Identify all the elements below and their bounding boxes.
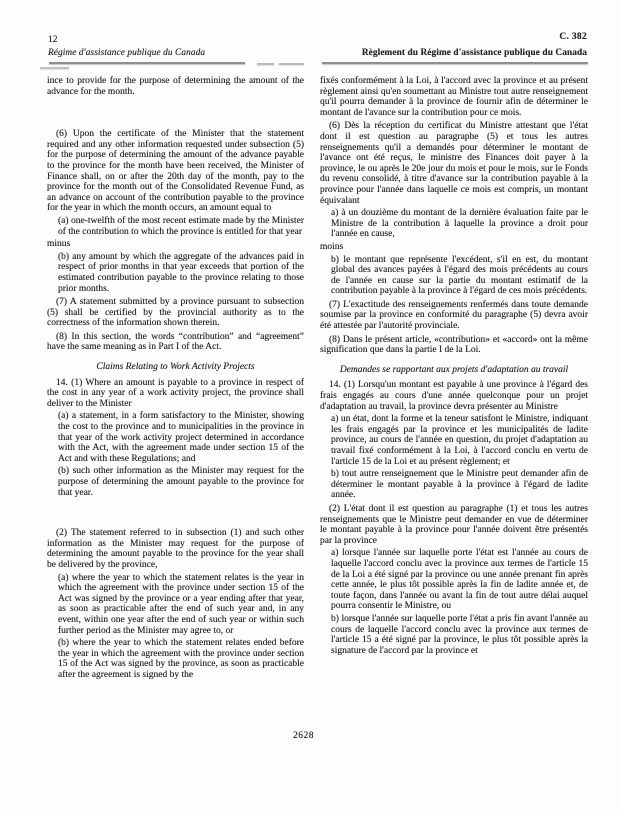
header-rule-right	[322, 62, 588, 64]
en-paragraph-7: (7) A statement submitted by a province …	[47, 297, 304, 329]
fr-connector-moins: moins	[320, 242, 588, 253]
en-clause-14-2b: (b) where the year to which the statemen…	[58, 638, 304, 680]
english-column: ince to provide for the purpose of deter…	[47, 76, 304, 683]
header-page-number: 12	[48, 35, 58, 45]
header-rule-middle-dash-1	[257, 63, 274, 65]
en-paragraph-14-2: (2) The statement referred to in subsect…	[47, 528, 304, 570]
fr-paragraph-8: (8) Dans le présent article, «contributi…	[320, 335, 588, 356]
en-clause-14-1b: (b) such other information as the Minist…	[58, 466, 304, 498]
document-page: 12 C. 382 Régime d'assistance publique d…	[0, 0, 619, 815]
fr-clause-14-1a: a) un état, dont la forme et la teneur s…	[331, 414, 588, 467]
fr-section-heading: Demandes se rapportant aux projets d'ada…	[320, 365, 588, 376]
header-chapter-number: C. 382	[559, 32, 587, 42]
body-columns: ince to provide for the purpose of deter…	[47, 76, 588, 683]
fr-clause-14-1b: b) tout autre renseignement que le Minis…	[331, 469, 588, 501]
header-rule-left-artifact	[40, 67, 69, 69]
fr-clause-6a: a) à un douzième du montant de la derniè…	[331, 208, 588, 240]
en-connector-minus: minus	[47, 239, 304, 250]
fr-paragraph-continuation: fixés conformément à la Loi, à l'accord …	[320, 76, 588, 118]
footer-page-number: 2628	[0, 731, 607, 741]
header-rule-left	[49, 62, 245, 64]
en-section-heading: Claims Relating to Work Activity Project…	[47, 362, 304, 373]
en-clause-14-1a: (a) a statement, in a form satisfactory …	[58, 411, 304, 464]
fr-paragraph-7: (7) L'exactitude des renseignements renf…	[320, 300, 588, 332]
en-clause-6a: (a) one-twelfth of the most recent estim…	[58, 216, 304, 237]
fr-clause-6b: b) le montant que représente l'excédent,…	[331, 255, 588, 297]
en-paragraph-6: (6) Upon the certificate of the Minister…	[47, 129, 304, 214]
fr-clause-14-2a: a) lorsque l'année sur laquelle porte l'…	[331, 548, 588, 612]
en-clause-6b: (b) any amount by which the aggregate of…	[58, 252, 304, 294]
en-paragraph-8: (8) In this section, the words “contribu…	[47, 332, 304, 353]
en-paragraph-continuation: ince to provide for the purpose of deter…	[47, 76, 304, 97]
en-clause-14-2a: (a) where the year to which the statemen…	[58, 573, 304, 637]
fr-clause-14-2b: b) lorsque l'année sur laquelle porte l'…	[331, 614, 588, 656]
header-rule-middle-dash-2	[279, 63, 304, 65]
running-head-regulation: Règlement du Régime d'assistance publiqu…	[362, 48, 587, 58]
running-head-french-act: Régime d'assistance publique du Canada	[48, 48, 205, 58]
fr-paragraph-14-1: 14. (1) Lorsqu'un montant est payable à …	[320, 380, 588, 412]
fr-paragraph-6: (6) Dès la réception du certificat du Mi…	[320, 121, 588, 206]
fr-paragraph-14-2: (2) L'état dont il est question au parag…	[320, 504, 588, 546]
french-column: fixés conformément à la Loi, à l'accord …	[320, 76, 588, 683]
en-paragraph-14-1: 14. (1) Where an amount is payable to a …	[47, 378, 304, 410]
